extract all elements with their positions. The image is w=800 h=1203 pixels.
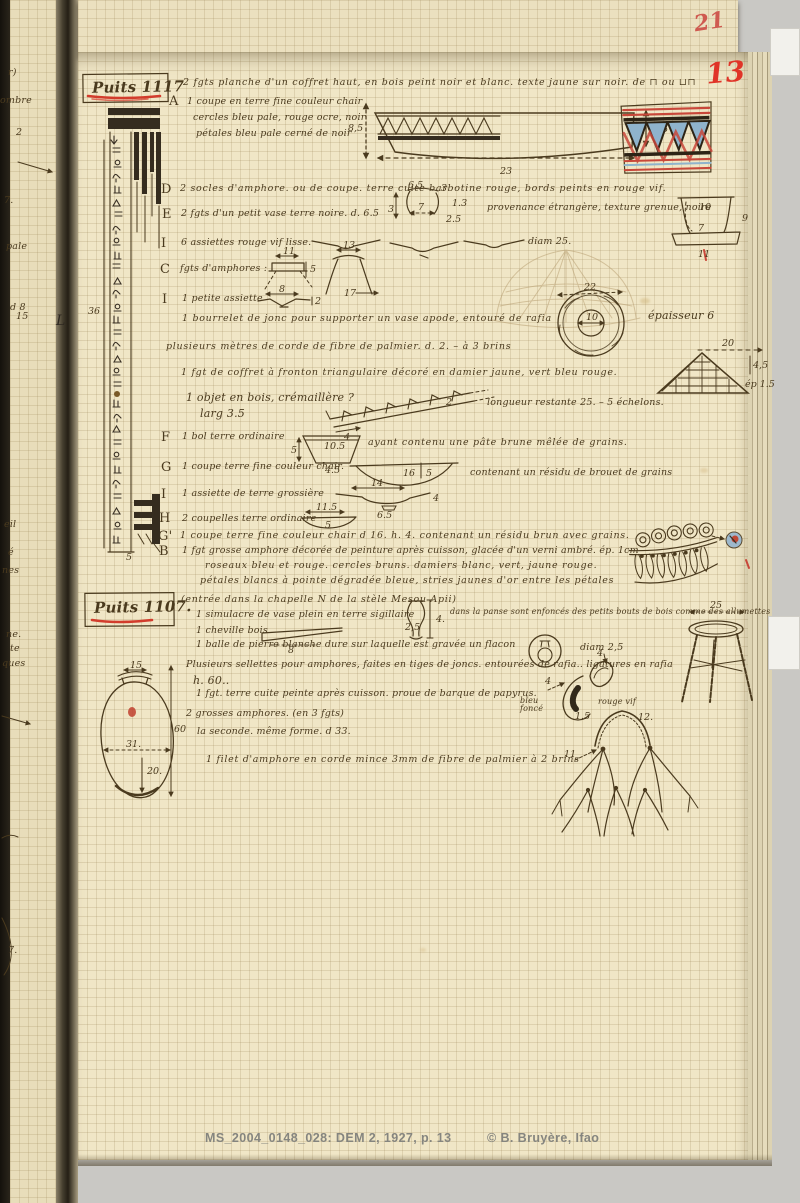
line-d: 2 socles d'amphore. ou de coupe. terre c… (180, 184, 666, 194)
margin-fragment: ombre (0, 96, 32, 106)
line-i2: 1 petite assiette (182, 294, 263, 304)
line-seconde: la seconde. même forme. d 33. (197, 727, 351, 737)
line-sellettes: Plusieurs sellettes pour amphores, faite… (186, 660, 673, 670)
notebook-scan: 21 13 r) ombre 2 7. pale d 8 15 L eil é … (0, 0, 800, 1203)
caption-credit: © B. Bruyère, Ifao (487, 1131, 599, 1145)
line-e: 2 fgts d'un petit vase terre noire. d. 6… (181, 209, 379, 219)
line-h: 2 coupelles terre ordinaire (182, 514, 316, 524)
margin-fragment: pale (6, 242, 27, 252)
stain (420, 948, 426, 952)
line-hauteur: h. 60.. (193, 675, 229, 687)
line-cremaillere-tail: longueur restante 25. – 5 échelons. (487, 398, 664, 408)
margin-fragment: nes (2, 566, 19, 576)
entry-letter-c: C (160, 263, 170, 277)
entry-letter-f: F (161, 431, 170, 445)
margin-fragment: 15 (16, 312, 29, 322)
margin-fragment: 2 (16, 128, 22, 138)
line-filet: 1 filet d'amphore en corde mince 3mm de … (206, 755, 580, 765)
line-proue: 1 fgt. terre cuite peinte après cuisson.… (196, 689, 537, 699)
line-f: 1 bol terre ordinaire (182, 432, 285, 442)
entry-letter-d: D (161, 183, 172, 197)
margin-fragment: é (8, 548, 14, 558)
line-intro: 2 fgts planche d'un coffret haut, en boi… (183, 78, 696, 88)
label-rouge-vif: rouge vif (598, 698, 636, 707)
line-entry-1107: (entrée dans la chapelle N de la stèle M… (181, 595, 457, 605)
paper-slip-top (770, 28, 800, 76)
line-cremaillere-larg: larg 3.5 (200, 408, 245, 420)
entry-letter-b: B (159, 545, 169, 559)
line-balle: 1 balle de pierre blanche dure sur laque… (196, 640, 516, 650)
margin-fragment: ne. (6, 630, 21, 640)
line-f-tail: ayant contenu une pâte brune mêlée de gr… (368, 438, 628, 448)
page-bottom-shadow (78, 1154, 772, 1166)
margin-fragment: eil (4, 520, 16, 530)
line-cremaillere: 1 objet en bois, crémaillère ? (186, 392, 354, 404)
line-bourrelet-tail: épaisseur 6 (648, 310, 714, 322)
previous-folio-number: 21 (692, 8, 726, 37)
entry-letter-i3: I (161, 488, 166, 502)
book-spine (0, 0, 10, 1203)
line-amphores: 2 grosses amphores. (en 3 fgts) (186, 709, 344, 719)
line-g-tail: contenant un résidu de brouet de grains (470, 468, 672, 478)
line-g: 1 coupe terre fine couleur chair. (182, 462, 344, 472)
page-behind-top (78, 0, 738, 57)
facing-page-strip (10, 0, 56, 1203)
paper-slip-right (768, 616, 800, 670)
entry-letter-g2: G' (158, 530, 172, 544)
caption-reference: MS_2004_0148_028: DEM 2, 1927, p. 13 (205, 1131, 452, 1145)
line-simulacre-tail: dans la panse sont enfoncés des petits b… (450, 608, 770, 617)
folio-number: 13 (705, 56, 747, 90)
entry-letter-a: A (169, 95, 179, 109)
binding-gutter (56, 0, 78, 1203)
section-title-puits-1107: Puits 1107. (94, 598, 192, 616)
line-g2: 1 coupe terre fine couleur chair d 16. h… (180, 531, 630, 541)
margin-fragment: L (56, 314, 66, 329)
margin-fragment: ques (2, 659, 26, 669)
line-a2: cercles bleu pale, rouge ocre, noir (193, 113, 365, 123)
line-c: fgts d'amphores : (180, 264, 267, 274)
line-e-tail: provenance étrangère, texture grenue, no… (487, 203, 712, 213)
line-i1-tail: diam 25. (528, 237, 572, 247)
margin-fragment: 7. (4, 196, 13, 206)
margin-fragment: 7. (8, 946, 17, 956)
line-simulacre: 1 simulacre de vase plein en terre sigil… (196, 610, 414, 620)
line-i3: 1 assiette de terre grossière (182, 489, 324, 499)
stain (640, 298, 650, 304)
line-b1: 1 fgt grosse amphore décorée de peinture… (182, 546, 639, 556)
line-coffret: 1 fgt de coffret à fronton triangulaire … (181, 368, 617, 378)
line-corde: plusieurs mètres de corde de fibre de pa… (166, 342, 511, 352)
line-bourrelet: 1 bourrelet de jonc pour supporter un va… (182, 314, 552, 324)
line-a3: pétales bleu pale cerné de noir (196, 129, 352, 139)
line-a1: 1 coupe en terre fine couleur chair (187, 97, 362, 107)
margin-fragment: r) (8, 68, 17, 78)
label-bleu-fonce: bleu foncé (520, 697, 554, 714)
entry-letter-i1: I (161, 237, 166, 251)
line-i1: 6 assiettes rouge vif lisse. (181, 238, 311, 248)
entry-letter-i2: I (162, 293, 167, 307)
line-cheville: 1 cheville bois (196, 626, 268, 636)
line-balle-tail: diam 2,5 (580, 643, 624, 653)
stain (700, 468, 708, 473)
entry-letter-e: E (162, 208, 172, 222)
entry-letter-g: G (161, 461, 172, 475)
line-b3: pétales blancs à pointe dégradée bleue, … (200, 576, 614, 586)
page-stack-edge (748, 52, 772, 1160)
entry-letter-h: H (159, 512, 171, 526)
margin-fragment: te (10, 644, 20, 654)
line-b2: roseaux bleu et rouge. cercles bruns. da… (205, 561, 597, 571)
